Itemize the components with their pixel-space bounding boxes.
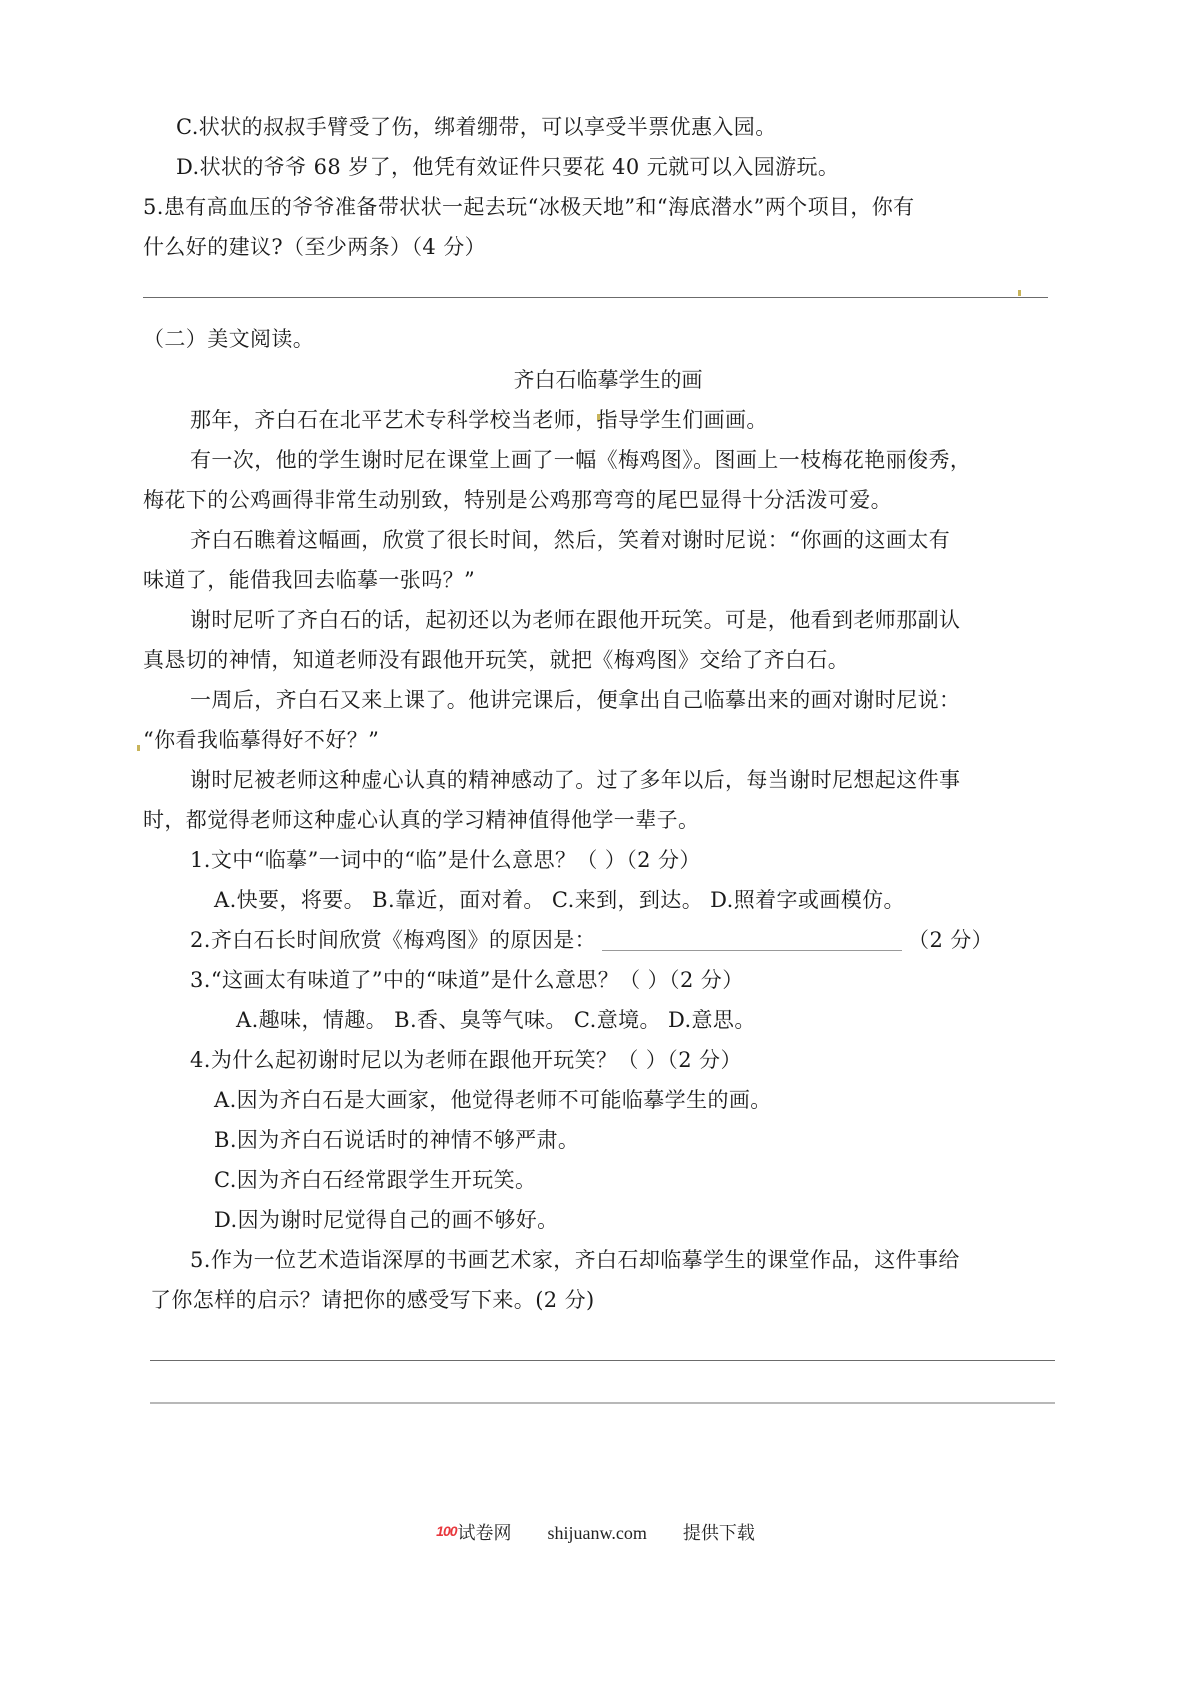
question-2-answer-blank[interactable]: [602, 930, 902, 951]
question-2-stem: 2.齐白石长时间欣赏《梅鸡图》的原因是：: [190, 928, 596, 952]
question-3-stem: 3.“这画太有味道了”中的“味道”是什么意思？（ ）（2 分）: [190, 966, 744, 994]
question-5-line1: 5.作为一位艺术造诣深厚的书画艺术家，齐白石却临摹学生的课堂作品，这件事给: [190, 1246, 960, 1274]
paragraph-2-line2: 梅花下的公鸡画得非常生动别致，特别是公鸡那弯弯的尾巴显得十分活泼可爱。: [143, 486, 892, 514]
question-4-option-c: C.因为齐白石经常跟学生开玩笑。: [214, 1166, 536, 1194]
question-2: 2.齐白石长时间欣赏《梅鸡图》的原因是：（2 分）: [190, 926, 993, 954]
edit-marker: [597, 414, 600, 420]
site-domain-link[interactable]: shijuanw.com: [548, 1523, 647, 1543]
paragraph-4-line2: 真恳切的神情，知道老师没有跟他开玩笑，就把《梅鸡图》交给了齐白石。: [143, 646, 849, 674]
edit-marker: [1018, 290, 1021, 296]
question-5-line2: 什么好的建议?（至少两条）（4 分）: [143, 233, 486, 261]
answer-line-part1[interactable]: [143, 297, 1048, 298]
paragraph-5-line1: 一周后，齐白石又来上课了。他讲完课后，便拿出自己临摹出来的画对谢时尼说：: [190, 686, 960, 714]
paragraph-5-line2: “你看我临摹得好不好？”: [143, 726, 379, 754]
paragraph-6-line1: 谢时尼被老师这种虚心认真的精神感动了。过了多年以后，每当谢时尼想起这件事: [190, 766, 960, 794]
article-title: 齐白石临摹学生的画: [0, 366, 1191, 394]
edit-marker: [137, 745, 140, 751]
question-4-option-a: A.因为齐白石是大画家，他觉得老师不可能临摹学生的画。: [214, 1086, 772, 1114]
page-footer: 100试卷网shijuanw.com提供下载: [0, 1519, 1191, 1545]
paragraph-1: 那年，齐白石在北平艺术专科学校当老师，指导学生们画画。: [190, 406, 768, 434]
section-heading: （二）美文阅读。: [143, 325, 314, 353]
question-3-options: A.趣味，情趣。 B.香、臭等气味。 C.意境。 D.意思。: [236, 1006, 756, 1034]
question-4-stem: 4.为什么起初谢时尼以为老师在跟他开玩笑？（ ）（2 分）: [190, 1046, 742, 1074]
question-4-option-b: B.因为齐白石说话时的神情不够严肃。: [214, 1126, 579, 1154]
paragraph-3-line1: 齐白石瞧着这幅画，欣赏了很长时间，然后，笑着对谢时尼说：“你画的这画太有: [190, 526, 950, 554]
question-5-line1: 5.患有高血压的爷爷准备带状状一起去玩“冰极天地”和“海底潜水”两个项目，你有: [143, 193, 915, 221]
paragraph-4-line1: 谢时尼听了齐白石的话，起初还以为老师在跟他开玩笑。可是，他看到老师那副认: [190, 606, 960, 634]
site-logo-icon: 100: [436, 1523, 456, 1539]
option-c-text: C.状状的叔叔手臂受了伤，绑着绷带，可以享受半票优惠入园。: [176, 113, 777, 141]
paragraph-6-line2: 时，都觉得老师这种虚心认真的学习精神值得他学一辈子。: [143, 806, 699, 834]
footer-suffix: 提供下载: [683, 1523, 755, 1543]
paragraph-3-line2: 味道了，能借我回去临摹一张吗？”: [143, 566, 475, 594]
question-1-stem: 1.文中“临摹”一词中的“临”是什么意思？（ ）（2 分）: [190, 846, 701, 874]
question-5-line2: 了你怎样的启示？请把你的感受写下来。(2 分): [150, 1286, 595, 1314]
exam-page: C.状状的叔叔手臂受了伤，绑着绷带，可以享受半票优惠入园。 D.状状的爷爷 68…: [0, 0, 1191, 1684]
paragraph-2-line1: 有一次，他的学生谢时尼在课堂上画了一幅《梅鸡图》。图画上一枝梅花艳丽俊秀，: [190, 446, 971, 474]
question-2-score: （2 分）: [908, 928, 993, 952]
site-name: 试卷网: [458, 1523, 512, 1543]
answer-line-2[interactable]: [150, 1402, 1055, 1404]
question-1-options: A.快要，将要。 B.靠近，面对着。 C.来到，到达。 D.照着字或画模仿。: [214, 886, 905, 914]
answer-line-1[interactable]: [150, 1360, 1055, 1361]
question-4-option-d: D.因为谢时尼觉得自己的画不够好。: [214, 1206, 559, 1234]
option-d-text: D.状状的爷爷 68 岁了，他凭有效证件只要花 40 元就可以入园游玩。: [176, 153, 839, 181]
